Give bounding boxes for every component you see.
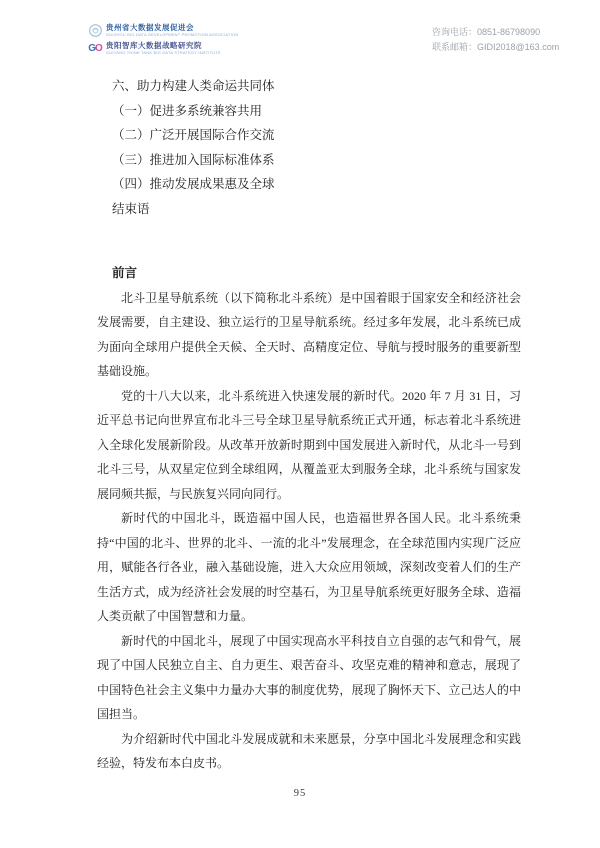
page-footer: 95 — [0, 783, 600, 801]
preface-paragraph: 为介绍新时代中国北斗发展成就和未来愿景，分享中国北斗发展理念和实践经验，特发布本… — [97, 727, 521, 776]
preface-paragraph: 北斗卫星导航系统（以下简称北斗系统）是中国着眼于国家安全和经济社会发展需要，自主… — [97, 286, 521, 384]
go-monogram-icon: GO — [88, 42, 102, 56]
contact-phone-line: 咨询电话：0851-86798090 — [432, 25, 559, 40]
phone-label: 咨询电话： — [432, 27, 477, 37]
preface-paragraph: 新时代的中国北斗，展现了中国实现高水平科技自立自强的志气和骨气，展现了中国人民独… — [97, 629, 521, 727]
toc-item: 六、助力构建人类命运共同体 — [97, 74, 521, 99]
document-body: 六、助力构建人类命运共同体 （一）促进多系统兼容共用 （二）广泛开展国际合作交流… — [97, 74, 521, 776]
email-label: 联系邮箱： — [432, 42, 477, 52]
institute-name: 贵阳智库大数据战略研究院 — [106, 42, 221, 50]
logo-block: 贵州省大数据发展促进会 GUIZHOU BIG DATA DEVELOPMENT… — [88, 23, 238, 59]
institute-subtitle: GUIYANG THINK TANK BIG DATA STRATEGY INS… — [106, 50, 221, 55]
association-name: 贵州省大数据发展促进会 — [106, 24, 238, 32]
page-number: 95 — [294, 788, 307, 799]
association-seal-icon — [88, 24, 102, 38]
table-of-contents: 六、助力构建人类命运共同体 （一）促进多系统兼容共用 （二）广泛开展国际合作交流… — [97, 74, 521, 221]
toc-item: （一）促进多系统兼容共用 — [97, 99, 521, 124]
toc-item: （三）推进加入国际标准体系 — [97, 148, 521, 173]
toc-item: （四）推动发展成果惠及全球 — [97, 172, 521, 197]
preface-paragraph: 新时代的中国北斗，既造福中国人民，也造福世界各国人民。北斗系统秉持“中国的北斗、… — [97, 506, 521, 629]
association-subtitle: GUIZHOU BIG DATA DEVELOPMENT PROMOTION A… — [106, 32, 238, 37]
contact-email-line: 联系邮箱：GIDI2018@163.com — [432, 40, 559, 55]
preface-title: 前言 — [97, 261, 521, 286]
email-value: GIDI2018@163.com — [477, 42, 559, 52]
toc-item: （二）广泛开展国际合作交流 — [97, 123, 521, 148]
logo-institute: GO 贵阳智库大数据战略研究院 GUIYANG THINK TANK BIG D… — [88, 41, 238, 56]
contact-info: 咨询电话：0851-86798090 联系邮箱：GIDI2018@163.com — [432, 25, 559, 55]
logo-association: 贵州省大数据发展促进会 GUIZHOU BIG DATA DEVELOPMENT… — [88, 23, 238, 38]
toc-item: 结束语 — [97, 197, 521, 222]
preface-paragraph: 党的十八大以来，北斗系统进入快速发展的新时代。2020 年 7 月 31 日，习… — [97, 384, 521, 507]
document-page: 贵州省大数据发展促进会 GUIZHOU BIG DATA DEVELOPMENT… — [0, 0, 600, 848]
phone-value: 0851-86798090 — [477, 27, 540, 37]
